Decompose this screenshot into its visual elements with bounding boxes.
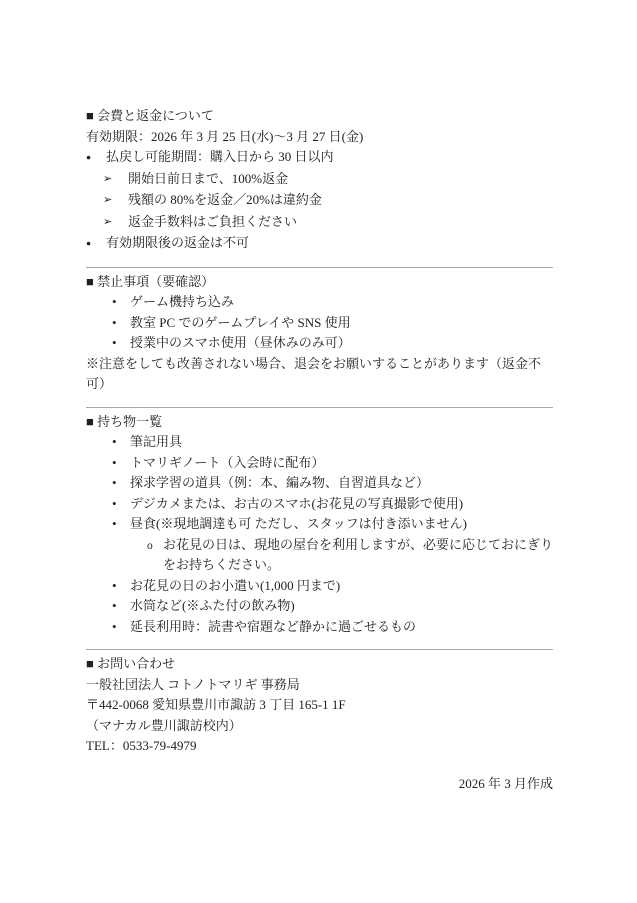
list-item: • 教室 PC でのゲームプレイや SNS 使用	[86, 313, 553, 334]
list-item-text: 返金手数料はご負担ください	[128, 212, 553, 233]
dot-bullet-icon: •	[112, 313, 130, 334]
dot-bullet-icon: •	[112, 473, 130, 494]
arrow-bullet-icon: ➢	[103, 212, 128, 233]
section-title-prohibited: ■ 禁止事項（要確認）	[86, 272, 553, 293]
list-item: • 昼食(※現地調達も可 ただし、スタッフは付き添いません)	[86, 514, 553, 535]
list-item-text: デジカメまたは、お古のスマホ(お花見の写真撮影で使用)	[130, 494, 553, 515]
disc-bullet-icon: ●	[86, 147, 106, 168]
list-item: • デジカメまたは、お古のスマホ(お花見の写真撮影で使用)	[86, 494, 553, 515]
list-item: • トマリギノート（入会時に配布）	[86, 453, 553, 474]
list-item: • 筆記用具	[86, 432, 553, 453]
location-note-line: （マナカル豊川諏訪校内）	[86, 716, 553, 737]
tel-line: TEL：0533-79-4979	[86, 736, 553, 757]
sub-list-item: o お花見の日は、現地の屋台を利用しますが、必要に応じておにぎりをお持ちください…	[86, 535, 553, 576]
disc-bullet-icon: ●	[86, 233, 106, 254]
list-item-text: 払戻し可能期間：購入日から 30 日以内	[106, 147, 553, 168]
document-page: ■ 会費と返金について 有効期限：2026 年 3 月 25 日(水)～3 月 …	[0, 0, 637, 903]
section-divider	[86, 649, 553, 650]
section-title-contact: ■ お問い合わせ	[86, 654, 553, 675]
list-item-text: 水筒など(※ふた付の飲み物)	[130, 596, 553, 617]
validity-period-line: 有効期限：2026 年 3 月 25 日(水)～3 月 27 日(金)	[86, 127, 553, 148]
list-item: • 水筒など(※ふた付の飲み物)	[86, 596, 553, 617]
list-item: ➢ 開始日前日まで、100%返金	[86, 169, 553, 191]
dot-bullet-icon: •	[112, 333, 130, 354]
section-divider	[86, 407, 553, 408]
list-item: ● 払戻し可能期間：購入日から 30 日以内	[86, 147, 553, 169]
sub-list-item-text: お花見の日は、現地の屋台を利用しますが、必要に応じておにぎりをお持ちください。	[163, 535, 553, 576]
list-item: • ゲーム機持ち込み	[86, 292, 553, 313]
dot-bullet-icon: •	[112, 494, 130, 515]
dot-bullet-icon: •	[112, 514, 130, 535]
address-line: 〒442-0068 愛知県豊川市諏訪 3 丁目 165-1 1F	[86, 695, 553, 716]
list-item-text: 有効期限後の返金は不可	[106, 233, 553, 254]
list-item-text: 残額の 80%を返金／20%は違約金	[128, 190, 553, 211]
dot-bullet-icon: •	[112, 576, 130, 597]
list-item-text: トマリギノート（入会時に配布）	[130, 453, 553, 474]
circle-bullet-icon: o	[147, 536, 163, 557]
list-item-text: 授業中のスマホ使用（昼休みのみ可）	[130, 333, 553, 354]
dot-bullet-icon: •	[112, 453, 130, 474]
document-content: ■ 会費と返金について 有効期限：2026 年 3 月 25 日(水)～3 月 …	[86, 106, 553, 794]
list-item-text: 探求学習の道具（例：本、編み物、自習道具など）	[130, 473, 553, 494]
arrow-bullet-icon: ➢	[103, 190, 128, 211]
list-item-text: 教室 PC でのゲームプレイや SNS 使用	[130, 313, 553, 334]
list-item: • 授業中のスマホ使用（昼休みのみ可）	[86, 333, 553, 354]
organization-line: 一般社団法人 コトノトマリギ 事務局	[86, 675, 553, 696]
list-item: • お花見の日のお小遣い(1,000 円まで)	[86, 576, 553, 597]
list-item: ➢ 返金手数料はご負担ください	[86, 212, 553, 234]
section-title-fees: ■ 会費と返金について	[86, 106, 553, 127]
list-item: ● 有効期限後の返金は不可	[86, 233, 553, 255]
arrow-bullet-icon: ➢	[103, 169, 128, 190]
list-item-text: 筆記用具	[130, 432, 553, 453]
list-item-text: ゲーム機持ち込み	[130, 292, 553, 313]
dot-bullet-icon: •	[112, 292, 130, 313]
section-divider	[86, 267, 553, 268]
list-item: ➢ 残額の 80%を返金／20%は違約金	[86, 190, 553, 212]
dot-bullet-icon: •	[112, 617, 130, 638]
list-item-text: 延長利用時：読書や宿題など静かに過ごせるもの	[130, 617, 553, 638]
list-item-text: 昼食(※現地調達も可 ただし、スタッフは付き添いません)	[130, 514, 553, 535]
warning-note: ※注意をしても改善されない場合、退会をお願いすることがあります（返金不可）	[86, 354, 553, 395]
list-item: • 延長利用時：読書や宿題など静かに過ごせるもの	[86, 617, 553, 638]
list-item-text: 開始日前日まで、100%返金	[128, 169, 553, 190]
section-title-belongings: ■ 持ち物一覧	[86, 412, 553, 433]
dot-bullet-icon: •	[112, 596, 130, 617]
dot-bullet-icon: •	[112, 432, 130, 453]
list-item-text: お花見の日のお小遣い(1,000 円まで)	[130, 576, 553, 597]
list-item: • 探求学習の道具（例：本、編み物、自習道具など）	[86, 473, 553, 494]
created-date: 2026 年 3 月作成	[86, 774, 553, 795]
